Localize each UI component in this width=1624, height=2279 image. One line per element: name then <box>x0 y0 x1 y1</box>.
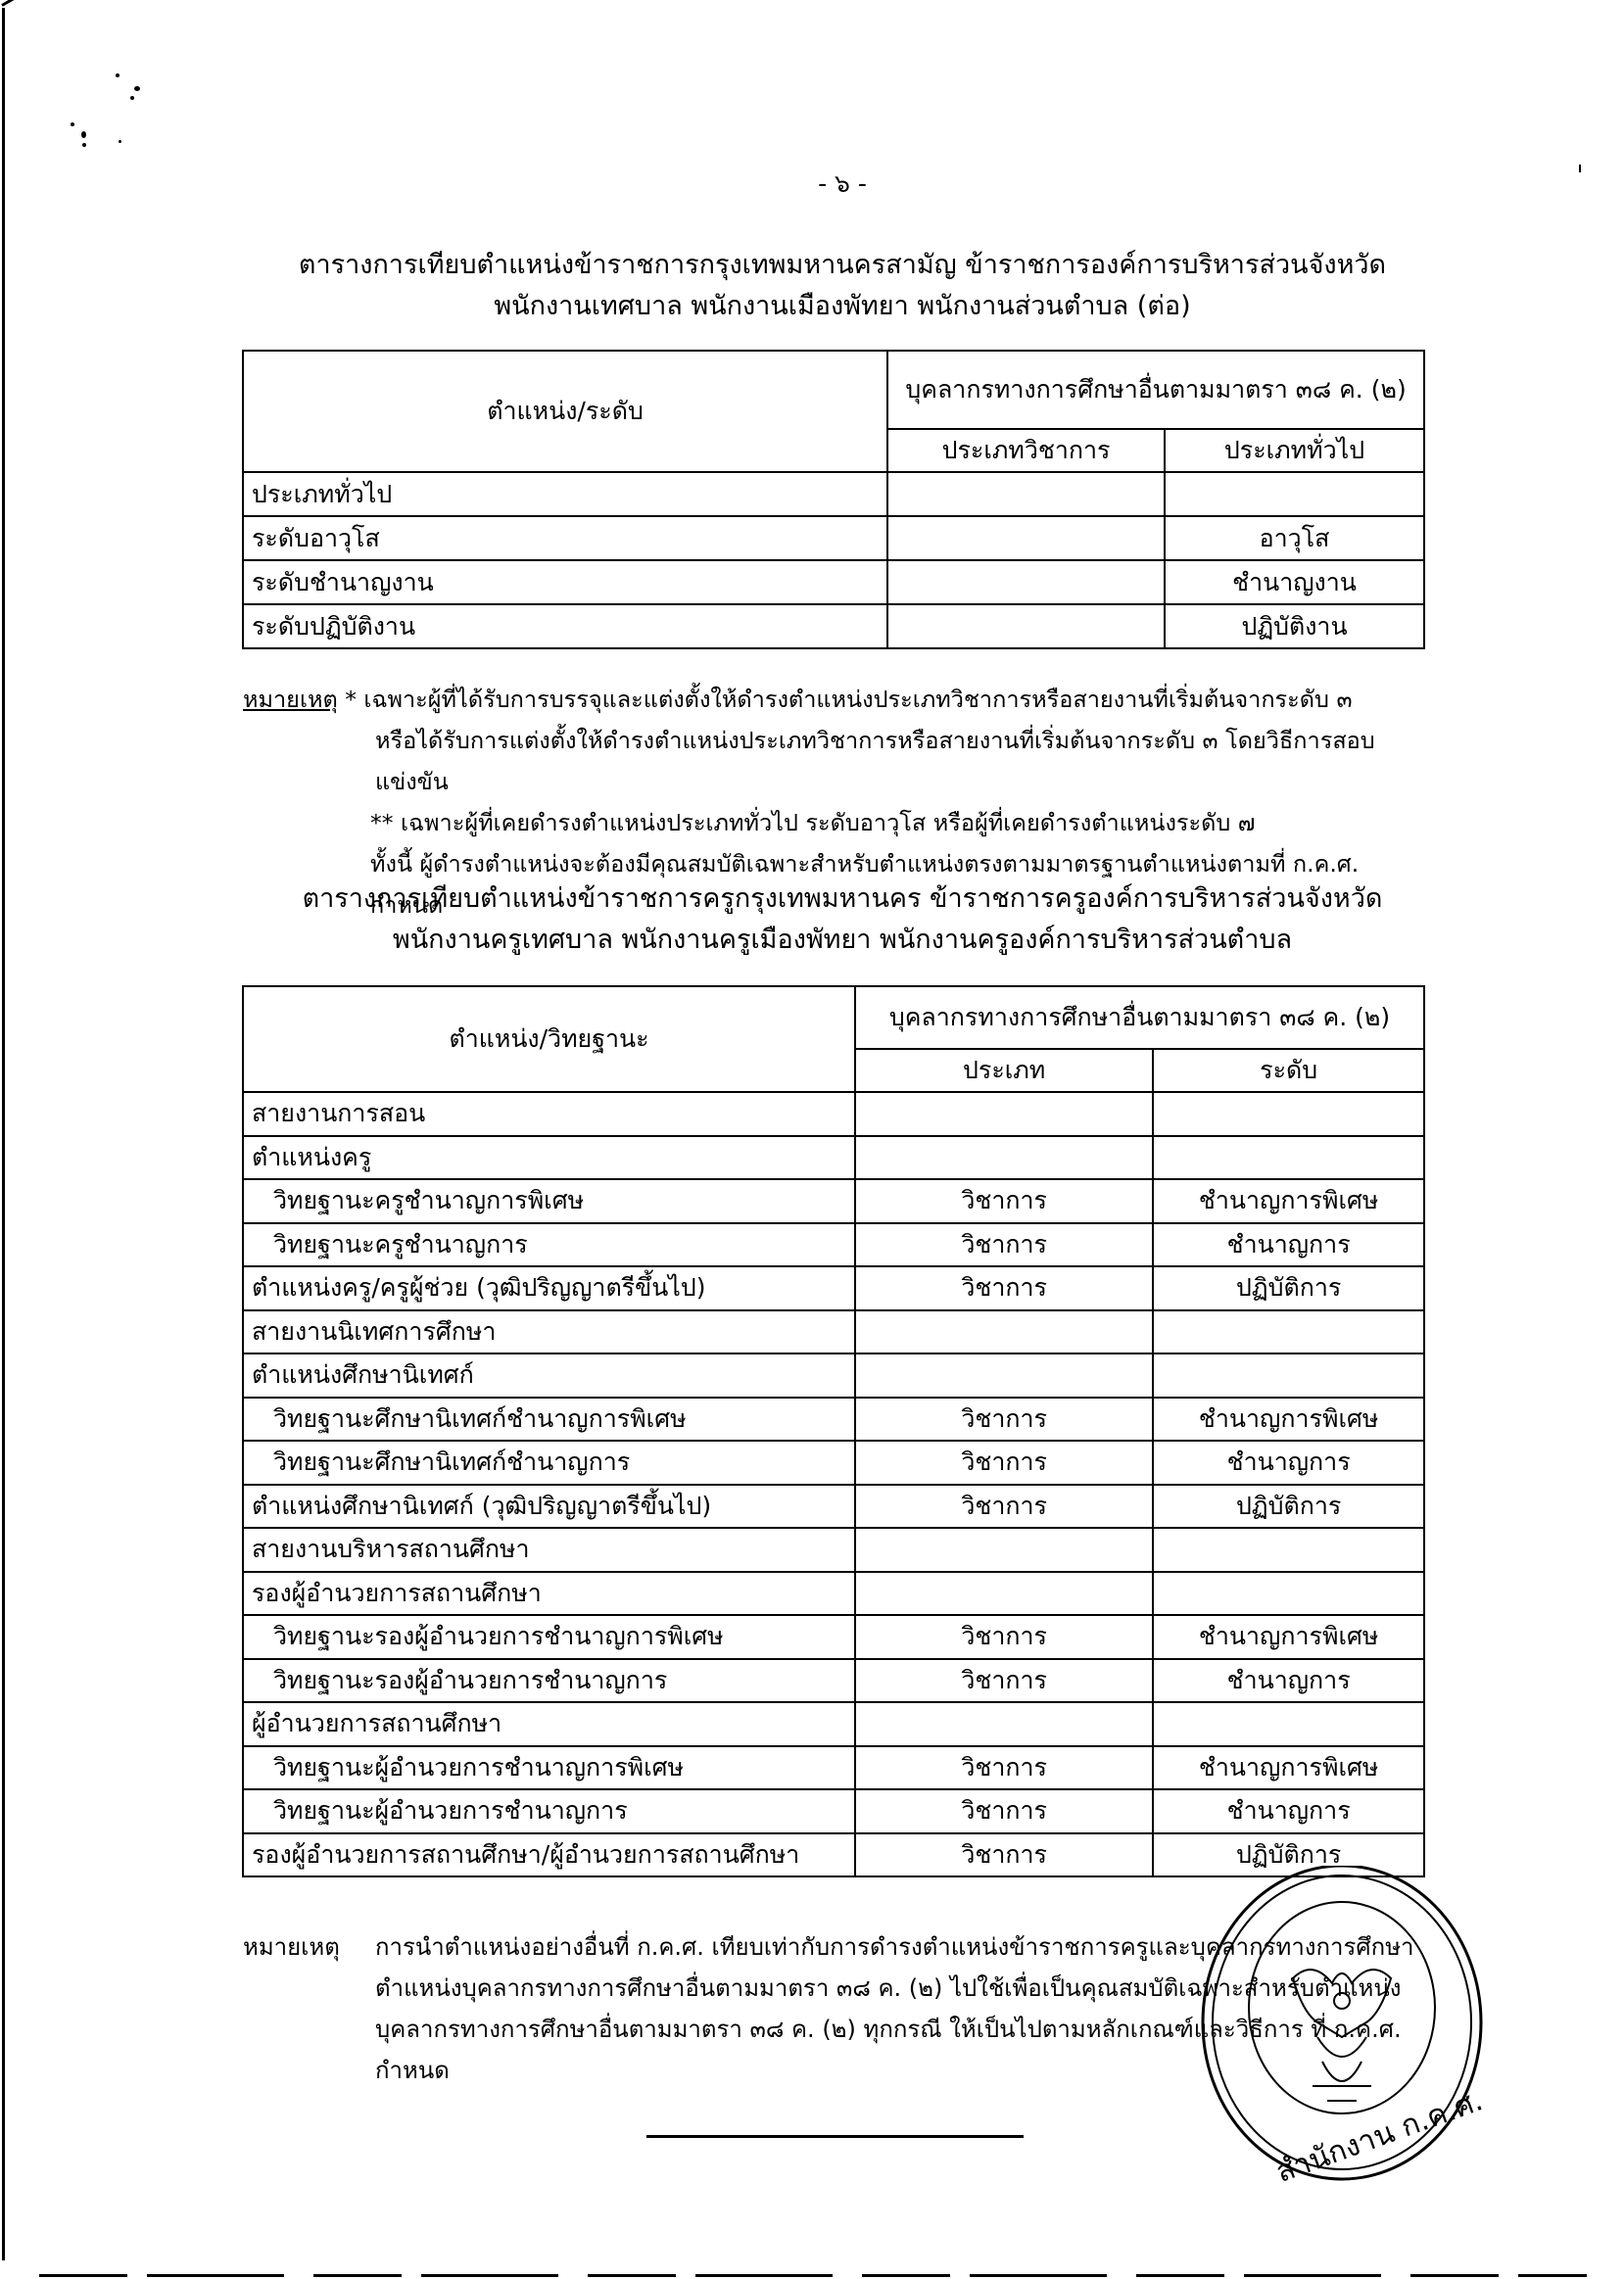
cell-type: วิชาการ <box>855 1223 1153 1267</box>
table-row: รองผู้อำนวยการสถานศึกษา <box>243 1572 1424 1616</box>
cell-position: ตำแหน่งครู/ครูผู้ช่วย (วุฒิปริญญาตรีขึ้น… <box>243 1266 855 1310</box>
note-line3: ** เฉพาะผู้ที่เคยดำรงตำแหน่งประเภททั่วไป… <box>243 802 1438 843</box>
page-edge-line <box>2 8 5 2260</box>
cell-level: ชำนาญการพิเศษ <box>1153 1615 1424 1659</box>
cell-general: ชำนาญงาน <box>1165 560 1424 604</box>
scan-speck <box>119 140 121 143</box>
cell-position: วิทยฐานะรองผู้อำนวยการชำนาญการพิเศษ <box>243 1615 855 1659</box>
note-label: หมายเหตุ <box>243 686 338 713</box>
cell-position: สายงานการสอน <box>243 1092 855 1136</box>
cell-position: วิทยฐานะผู้อำนวยการชำนาญการพิเศษ <box>243 1746 855 1790</box>
cell-level: ชำนาญการพิเศษ <box>1153 1398 1424 1442</box>
header-group: บุคลากรทางการศึกษาอื่นตามมาตรา ๓๘ ค. (๒) <box>887 351 1424 429</box>
cell-general <box>1165 472 1424 516</box>
header-position-level: ตำแหน่ง/ระดับ <box>243 351 887 472</box>
cell-position: วิทยฐานะครูชำนาญการ <box>243 1223 855 1267</box>
table-row: ระดับชำนาญงานชำนาญงาน <box>243 560 1424 604</box>
cell-type: วิชาการ <box>855 1659 1153 1703</box>
cell-type: วิชาการ <box>855 1485 1153 1529</box>
table-row: ประเภททั่วไป <box>243 472 1424 516</box>
position-comparison-table-general: ตำแหน่ง/ระดับ บุคลากรทางการศึกษาอื่นตามม… <box>242 350 1425 649</box>
table-row: วิทยฐานะรองผู้อำนวยการชำนาญการวิชาการชำน… <box>243 1659 1424 1703</box>
table-row: ผู้อำนวยการสถานศึกษา <box>243 1702 1424 1746</box>
cell-level <box>1153 1310 1424 1354</box>
cell-level: ชำนาญการ <box>1153 1789 1424 1833</box>
cell-position: ผู้อำนวยการสถานศึกษา <box>243 1702 855 1746</box>
scan-speck <box>130 96 134 100</box>
table-row: ตำแหน่งครู/ครูผู้ช่วย (วุฒิปริญญาตรีขึ้น… <box>243 1266 1424 1310</box>
table-row: ตำแหน่งศึกษานิเทศก์ <box>243 1353 1424 1398</box>
table-row: วิทยฐานะครูชำนาญการวิชาการชำนาญการ <box>243 1223 1424 1267</box>
table-row: ระดับอาวุโสอาวุโส <box>243 516 1424 560</box>
official-seal-stamp: สำนักงาน ก.ค.ศ. <box>1185 1866 1484 2189</box>
cell-position: ระดับปฏิบัติงาน <box>243 604 887 648</box>
position-comparison-table-teachers: ตำแหน่ง/วิทยฐานะ บุคลากรทางการศึกษาอื่นต… <box>242 985 1425 1877</box>
page-bottom-edge <box>39 2274 1587 2277</box>
table-row: ระดับปฏิบัติงานปฏิบัติงาน <box>243 604 1424 648</box>
cell-level: ปฏิบัติการ <box>1153 1485 1424 1529</box>
note-line2: หรือได้รับการแต่งตั้งให้ดำรงตำแหน่งประเภ… <box>243 720 1438 802</box>
cell-position: ตำแหน่งศึกษานิเทศก์ (วุฒิปริญญาตรีขึ้นไป… <box>243 1485 855 1529</box>
cell-type <box>855 1528 1153 1572</box>
table-row: วิทยฐานะศึกษานิเทศก์ชำนาญการพิเศษวิชาการ… <box>243 1398 1424 1442</box>
cell-level <box>1153 1353 1424 1398</box>
section1-title: ตารางการเทียบตำแหน่งข้าราชการกรุงเทพมหาน… <box>0 245 1624 327</box>
table-row: วิทยฐานะรองผู้อำนวยการชำนาญการพิเศษวิชาก… <box>243 1615 1424 1659</box>
cell-type: วิชาการ <box>855 1266 1153 1310</box>
cell-type: วิชาการ <box>855 1746 1153 1790</box>
cell-academic <box>887 516 1165 560</box>
cell-position: วิทยฐานะผู้อำนวยการชำนาญการ <box>243 1789 855 1833</box>
header-level: ระดับ <box>1153 1049 1424 1092</box>
cell-type: วิชาการ <box>855 1789 1153 1833</box>
cell-position: สายงานนิเทศการศึกษา <box>243 1310 855 1354</box>
header-academic-type: ประเภทวิชาการ <box>887 429 1165 472</box>
section2-title-line1: ตารางการเทียบตำแหน่งข้าราชการครูกรุงเทพม… <box>0 878 1624 920</box>
signature-line <box>646 2135 1024 2138</box>
cell-type: วิชาการ <box>855 1441 1153 1485</box>
cell-type: วิชาการ <box>855 1179 1153 1223</box>
header-position-academic-standing: ตำแหน่ง/วิทยฐานะ <box>243 986 855 1092</box>
cell-type <box>855 1092 1153 1136</box>
scan-speck <box>116 73 119 77</box>
note-line1: * เฉพาะผู้ที่ได้รับการบรรจุและแต่งตั้งให… <box>338 686 1353 713</box>
cell-position: รองผู้อำนวยการสถานศึกษา/ผู้อำนวยการสถานศ… <box>243 1833 855 1877</box>
cell-position: วิทยฐานะรองผู้อำนวยการชำนาญการ <box>243 1659 855 1703</box>
cell-type: วิชาการ <box>855 1398 1153 1442</box>
table-row: สายงานการสอน <box>243 1092 1424 1136</box>
cell-level <box>1153 1702 1424 1746</box>
cell-level: ชำนาญการพิเศษ <box>1153 1179 1424 1223</box>
cell-position: รองผู้อำนวยการสถานศึกษา <box>243 1572 855 1616</box>
header-group: บุคลากรทางการศึกษาอื่นตามมาตรา ๓๘ ค. (๒) <box>855 986 1424 1049</box>
cell-position: วิทยฐานะครูชำนาญการพิเศษ <box>243 1179 855 1223</box>
table-row: วิทยฐานะครูชำนาญการพิเศษวิชาการชำนาญการพ… <box>243 1179 1424 1223</box>
cell-position: ประเภททั่วไป <box>243 472 887 516</box>
cell-academic <box>887 560 1165 604</box>
cell-position: ตำแหน่งครู <box>243 1136 855 1180</box>
note-label: หมายเหตุ <box>243 1926 340 1968</box>
header-type: ประเภท <box>855 1049 1153 1092</box>
cell-type: วิชาการ <box>855 1615 1153 1659</box>
cell-level: ชำนาญการพิเศษ <box>1153 1746 1424 1790</box>
scan-speck <box>82 143 86 147</box>
cell-type <box>855 1136 1153 1180</box>
table-row: สายงานบริหารสถานศึกษา <box>243 1528 1424 1572</box>
cell-position: วิทยฐานะศึกษานิเทศก์ชำนาญการพิเศษ <box>243 1398 855 1442</box>
cell-level: ชำนาญการ <box>1153 1223 1424 1267</box>
garuda-emblem-icon <box>1293 1970 1391 2101</box>
scan-speck <box>71 122 74 126</box>
table-row: ตำแหน่งครู <box>243 1136 1424 1180</box>
cell-position: สายงานบริหารสถานศึกษา <box>243 1528 855 1572</box>
section1-title-line2: พนักงานเทศบาล พนักงานเมืองพัทยา พนักงานส… <box>0 286 1624 327</box>
cell-position: ระดับชำนาญงาน <box>243 560 887 604</box>
cell-type <box>855 1353 1153 1398</box>
scan-speck <box>134 86 140 91</box>
table-row: สายงานนิเทศการศึกษา <box>243 1310 1424 1354</box>
cell-type <box>855 1572 1153 1616</box>
cell-level <box>1153 1092 1424 1136</box>
cell-general: ปฏิบัติงาน <box>1165 604 1424 648</box>
table-row: วิทยฐานะศึกษานิเทศก์ชำนาญการวิชาการชำนาญ… <box>243 1441 1424 1485</box>
section1-title-line1: ตารางการเทียบตำแหน่งข้าราชการกรุงเทพมหาน… <box>0 245 1624 286</box>
page-edge-corner <box>1 0 15 7</box>
cell-level: ชำนาญการ <box>1153 1659 1424 1703</box>
header-general-type: ประเภททั่วไป <box>1165 429 1424 472</box>
cell-academic <box>887 604 1165 648</box>
section2-title: ตารางการเทียบตำแหน่งข้าราชการครูกรุงเทพม… <box>0 878 1624 961</box>
cell-level: ชำนาญการ <box>1153 1441 1424 1485</box>
cell-position: วิทยฐานะศึกษานิเทศก์ชำนาญการ <box>243 1441 855 1485</box>
cell-level <box>1153 1528 1424 1572</box>
cell-position: ตำแหน่งศึกษานิเทศก์ <box>243 1353 855 1398</box>
cell-position: ระดับอาวุโส <box>243 516 887 560</box>
cell-type <box>855 1310 1153 1354</box>
cell-type <box>855 1702 1153 1746</box>
cell-level: ปฏิบัติการ <box>1153 1266 1424 1310</box>
cell-level <box>1153 1572 1424 1616</box>
cell-academic <box>887 472 1165 516</box>
cell-level <box>1153 1136 1424 1180</box>
page-number: - ๖ - <box>0 165 1624 204</box>
table-row: ตำแหน่งศึกษานิเทศก์ (วุฒิปริญญาตรีขึ้นไป… <box>243 1485 1424 1529</box>
cell-type: วิชาการ <box>855 1833 1153 1877</box>
section2-title-line2: พนักงานครูเทศบาล พนักงานครูเมืองพัทยา พน… <box>0 920 1624 961</box>
table-row: วิทยฐานะผู้อำนวยการชำนาญการวิชาการชำนาญก… <box>243 1789 1424 1833</box>
cell-general: อาวุโส <box>1165 516 1424 560</box>
table-row: วิทยฐานะผู้อำนวยการชำนาญการพิเศษวิชาการช… <box>243 1746 1424 1790</box>
scan-speck <box>81 131 86 138</box>
